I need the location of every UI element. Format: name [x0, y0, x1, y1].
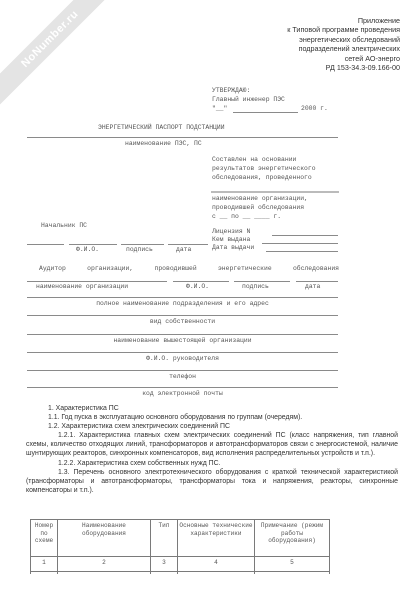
license-date-field[interactable] [266, 251, 338, 252]
appendix-line: энергетических обследований [287, 35, 400, 44]
table-cell [255, 572, 330, 575]
approval-year: 2000 г. [301, 105, 328, 112]
equipment-table: Номер по схеме Наименование оборудования… [30, 519, 330, 574]
appendix-note: Приложение к Типовой программе проведени… [287, 16, 400, 72]
head-caption-signature: подпись [126, 246, 153, 253]
auditor-title: Аудитор организации, проводившей энергет… [39, 265, 339, 272]
phone-line [27, 370, 338, 371]
basis-text: Составлен на основании результатов энерг… [212, 155, 316, 182]
name-caption: наименование ПЭС, ПС [125, 140, 202, 147]
col-number: 4 [178, 557, 255, 572]
document-title: ЭНЕРГЕТИЧЕСКИЙ ПАСПОРТ ПОДСТАНЦИИ [98, 124, 225, 131]
license-issued-by-field[interactable] [262, 243, 338, 244]
head-caption-fio: Ф.И.О. [76, 246, 99, 253]
col-number: 1 [31, 557, 58, 572]
header-scheme-number: Номер по схеме [31, 520, 58, 557]
table-cell [31, 572, 58, 575]
director-caption: Ф.И.О. руководителя [27, 355, 338, 362]
email-caption: код электронной почты [27, 390, 338, 397]
table-cell [58, 572, 151, 575]
head-line-fio [69, 244, 117, 245]
auditor-line-fio [173, 281, 229, 282]
basis-line: Составлен на основании [212, 155, 316, 164]
watermark-ribbon: NoNumber.ru [0, 0, 121, 110]
section-1-1: 1.1. Год пуска в эксплуатацию основного … [26, 413, 398, 422]
head-caption-date: дата [176, 246, 191, 253]
address-caption: полное наименование подразделения и его … [27, 300, 338, 307]
name-line [27, 137, 338, 138]
header-notes: Примечание (режим работы оборудования) [255, 520, 330, 557]
sections: 1. Характеристика ПС 1.1. Год пуска в эк… [26, 404, 398, 495]
header-specs: Основные технические характеристики [178, 520, 255, 557]
email-line [27, 387, 338, 388]
table-cell [178, 572, 255, 575]
appendix-line: РД 153-34.3-09.166-00 [287, 63, 400, 72]
address-line [27, 297, 338, 298]
license-number-field[interactable] [272, 235, 338, 236]
head-line-name-prefix [27, 244, 64, 245]
approval-position: Главный инженер ПЭС [212, 96, 285, 103]
table-cell [151, 572, 178, 575]
license-issued-by-label: Кем выдана [212, 236, 250, 243]
appendix-line: к Типовой программе проведения [287, 25, 400, 34]
org-line [211, 191, 339, 193]
approval-date-line [233, 112, 298, 113]
parent-org-line [27, 334, 338, 335]
table-header-row: Номер по схеме Наименование оборудования… [31, 520, 330, 557]
head-title: Начальник ПС [41, 222, 87, 229]
appendix-line: подразделений электрических [287, 44, 400, 53]
org-caption: наименование организации, проводившей об… [212, 194, 308, 221]
phone-caption: телефон [27, 373, 338, 380]
auditor-caption-org: наименование организации [36, 283, 128, 290]
license-date-label: Дата выдачи [212, 244, 254, 251]
auditor-line-date [296, 281, 338, 282]
appendix-line: Приложение [287, 16, 400, 25]
ownership-caption: вид собственности [27, 318, 338, 325]
auditor-caption-signature: подпись [242, 283, 269, 290]
col-number: 5 [255, 557, 330, 572]
org-caption-line: наименование организации, [212, 194, 308, 203]
basis-line: обследования, проведенного [212, 173, 316, 182]
col-number: 2 [58, 557, 151, 572]
auditor-caption-fio: Ф.И.О. [186, 283, 209, 290]
table-row [31, 572, 330, 575]
auditor-line-signature [234, 281, 290, 282]
col-number: 3 [151, 557, 178, 572]
section-1-2-2: 1.2.2. Характеристика схем собственных н… [26, 459, 398, 468]
org-caption-line: проводившей обследования [212, 203, 308, 212]
section-1-2-1: 1.2.1. Характеристика главных схем элект… [26, 431, 398, 458]
basis-line: результатов энергетического [212, 164, 316, 173]
head-line-date [168, 244, 208, 245]
org-caption-line: с __ по __ ____ г. [212, 212, 308, 221]
auditor-caption-date: дата [305, 283, 320, 290]
header-type: Тип [151, 520, 178, 557]
section-1: 1. Характеристика ПС [26, 404, 398, 413]
ownership-line [27, 315, 338, 316]
approval-title: УТВЕРЖДАЮ: [212, 87, 250, 94]
director-line [27, 352, 338, 353]
approval-date-day: "__" [212, 105, 227, 112]
header-equipment-name: Наименование оборудования [58, 520, 151, 557]
head-line-signature [121, 244, 164, 245]
section-1-2: 1.2. Характеристика схем электрических с… [26, 422, 398, 431]
parent-org-caption: наименование вышестоящей организации [27, 337, 338, 344]
appendix-line: сетей АО-энерго [287, 54, 400, 63]
license-number-label: Лицензия N [212, 228, 250, 235]
section-1-3: 1.3. Перечень основного электротехническ… [26, 468, 398, 495]
auditor-line-org [27, 281, 167, 282]
table-number-row: 1 2 3 4 5 [31, 557, 330, 572]
